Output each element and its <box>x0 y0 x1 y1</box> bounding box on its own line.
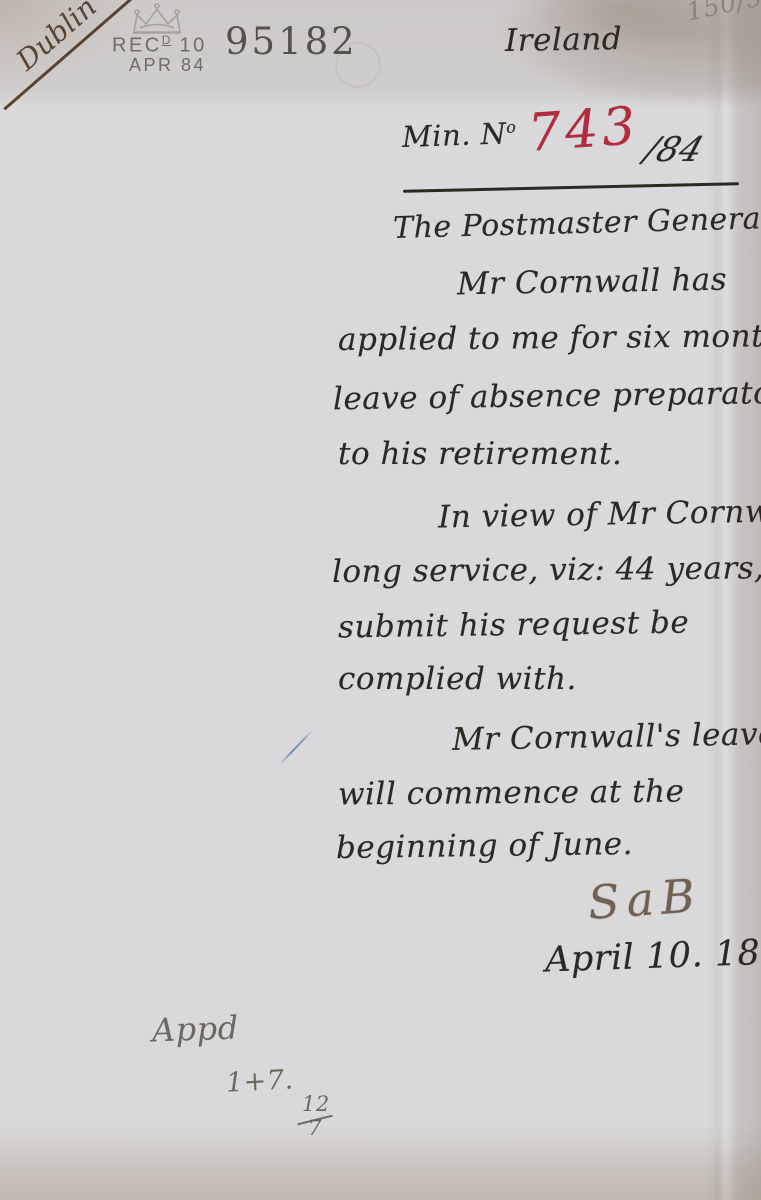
received-stamp-line2: Apr 84 <box>129 55 206 76</box>
received-stamp-line1: RecD 10 <box>112 33 207 58</box>
fraction-denominator: 7 <box>308 1116 322 1140</box>
body-line: will commence at the <box>338 773 685 812</box>
body-line: In view of Mr Cornwall's <box>438 493 761 536</box>
fraction-numerator: 12 <box>302 1092 330 1116</box>
minute-label-superscript: o <box>506 117 517 136</box>
minute-year: /84 <box>646 130 702 170</box>
minute-number: 743 <box>526 96 641 164</box>
body-line: Mr Cornwall has <box>457 262 728 303</box>
minute-underline <box>403 182 739 193</box>
body-line: beginning of June. <box>336 826 633 866</box>
approved-annotation: Appd <box>151 1009 239 1050</box>
received-stamp-day: 10 <box>179 35 206 57</box>
manuscript-page: Dublin RecD 10 Apr 84 95182 150/58 Irela… <box>0 0 761 1200</box>
embossed-seal-mark <box>335 42 381 88</box>
body-line: to his retirement. <box>338 436 622 472</box>
body-line: long service, viz: 44 years, I <box>332 550 761 590</box>
salutation-line: The Postmaster General <box>393 201 761 246</box>
minute-year-text: /84 <box>640 130 709 170</box>
body-line: complied with. <box>338 661 577 697</box>
tally-annotation: 1+7. <box>225 1064 294 1098</box>
body-line: applied to me for six month's <box>338 318 761 358</box>
date-line: April 10. 1884 <box>544 931 761 980</box>
minute-label-text: Min. N <box>401 116 507 154</box>
body-line: leave of absence preparatory <box>333 375 761 418</box>
body-line: submit his request be <box>338 605 690 646</box>
received-stamp-superscript: D <box>162 33 172 47</box>
minute-label: Min. No <box>401 116 517 154</box>
country-heading: Ireland <box>505 21 623 59</box>
received-stamp-word: Rec <box>112 35 162 57</box>
blue-pen-mark <box>279 729 313 764</box>
signature-initials: SaB <box>586 868 703 930</box>
body-line: Mr Cornwall's leave <box>452 716 761 758</box>
file-reference: 150/58 <box>684 0 761 26</box>
